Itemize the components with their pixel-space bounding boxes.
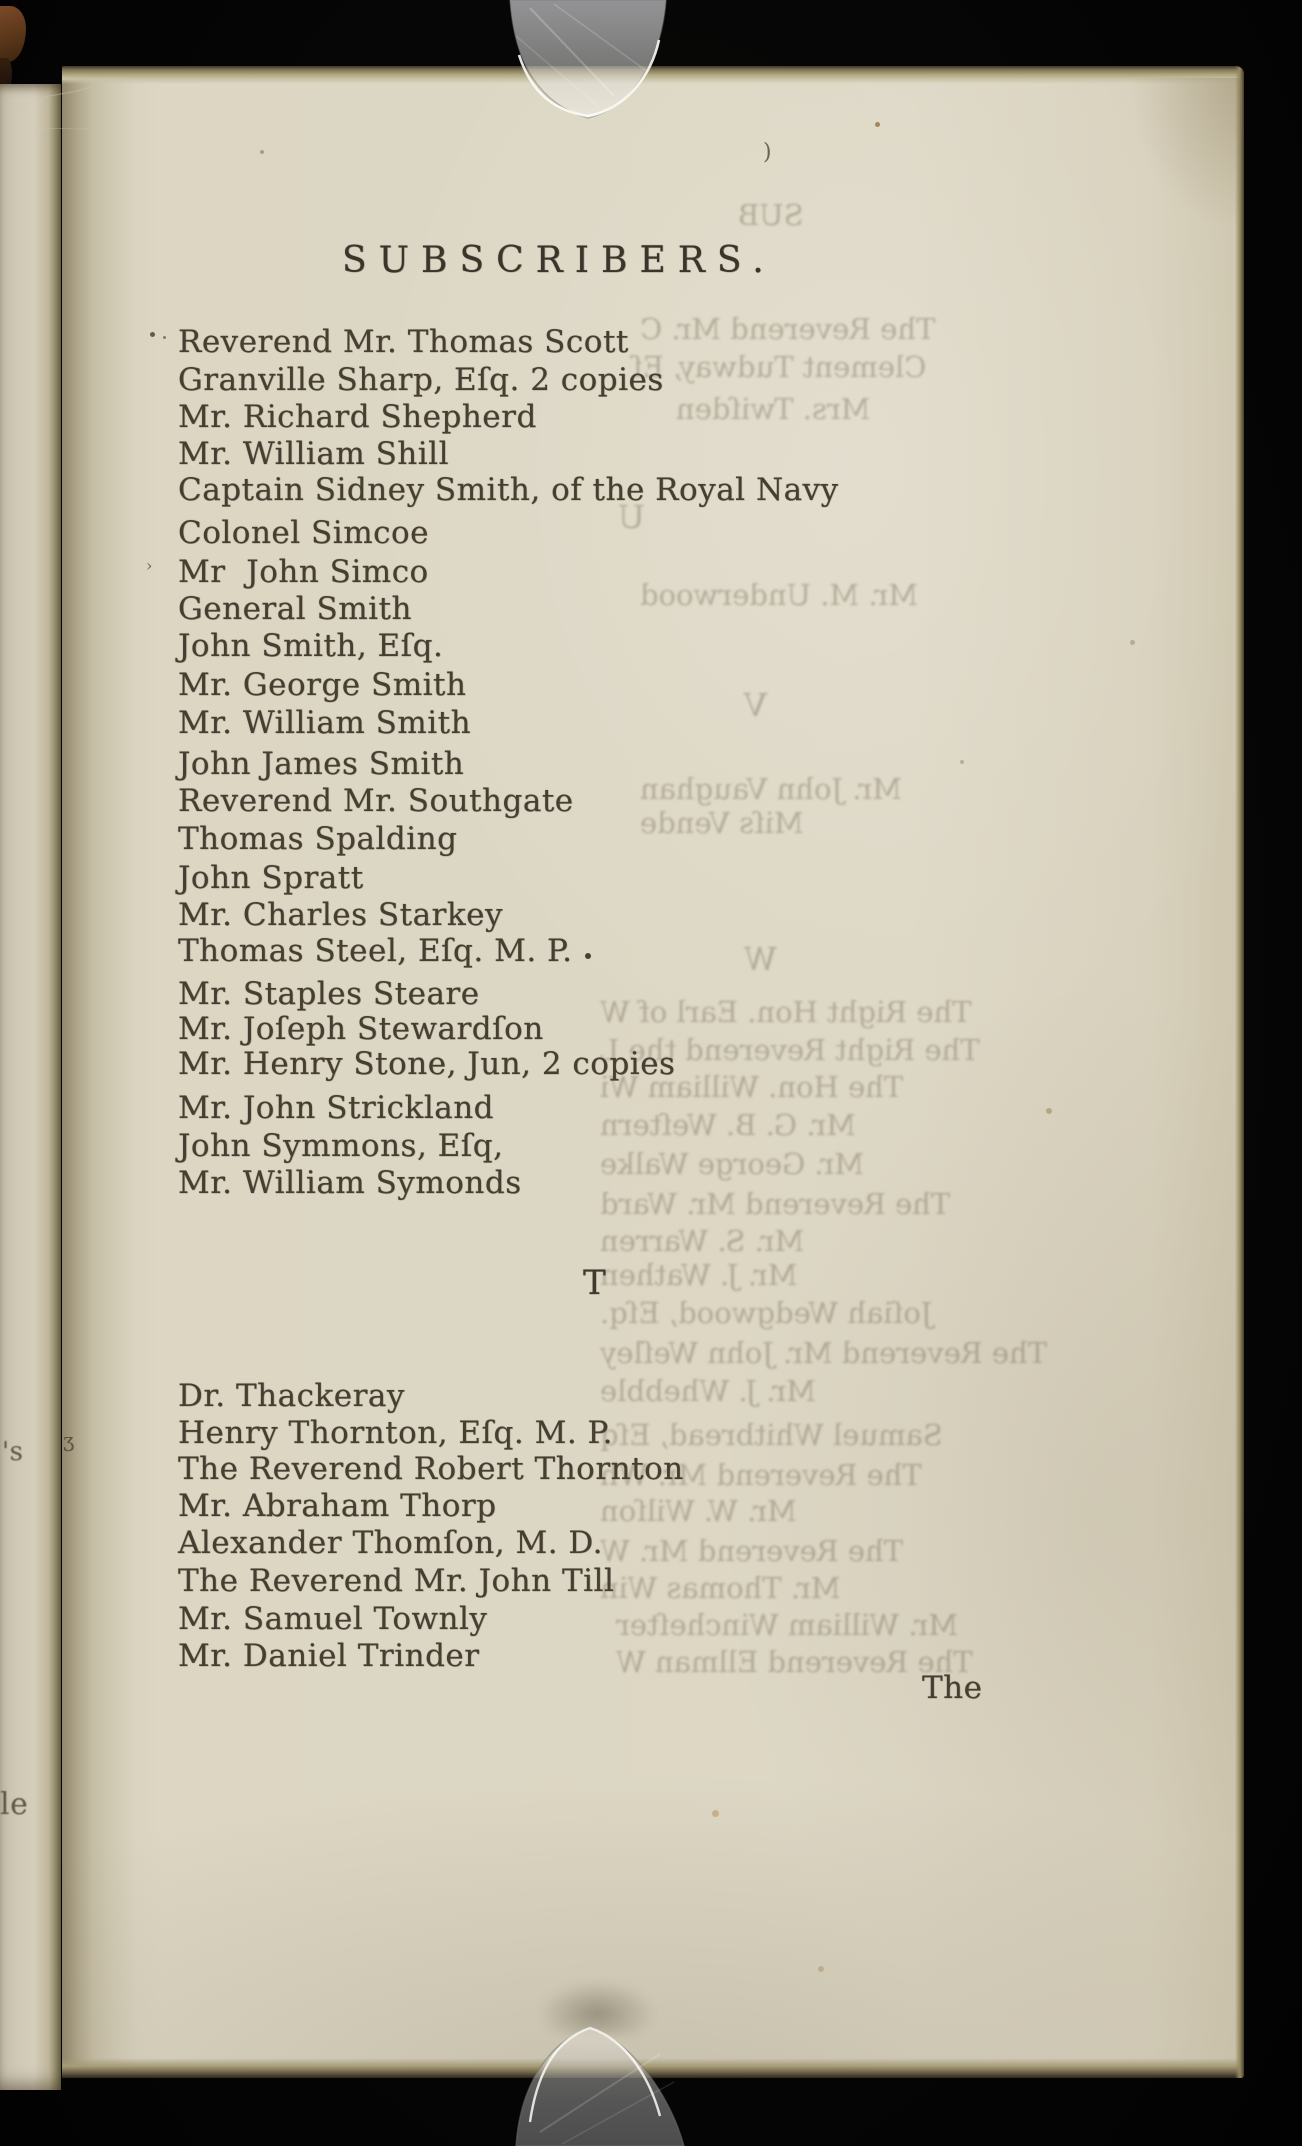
bottom-holding-strap <box>478 2010 710 2146</box>
subscriber-entry: John Symmons, Eſq, <box>178 1129 503 1165</box>
subscriber-entry: Reverend Mr. Thomas Scott <box>178 325 629 361</box>
section-heading-t: T <box>583 1264 606 1303</box>
ghost-showthrough-text: The Reverend Ellman W <box>616 1645 973 1679</box>
ghost-showthrough-text: Mr. G. B. Weſtern <box>600 1108 856 1142</box>
subscriber-entry: John James Smith <box>178 747 464 783</box>
subscriber-entry: General Smith <box>178 592 412 628</box>
paper-speck <box>150 332 155 337</box>
paper-speck <box>875 122 880 127</box>
ghost-showthrough-text: The Reverend Mr. C <box>640 312 935 346</box>
subscriber-entry: Thomas Steel, Eſq. M. P. <box>178 934 573 970</box>
subscriber-entry: Mr John Simco <box>178 555 429 591</box>
ink-mark: ʒ <box>63 1428 74 1452</box>
paper-speck <box>163 336 166 339</box>
page-title: SUBSCRIBERS. <box>342 240 776 281</box>
paper-speck <box>818 1966 824 1972</box>
ghost-showthrough-text: Mr. W. Wilſon <box>600 1494 797 1528</box>
book-scan-stage: SUBSCRIBERS. Reverend Mr. Thomas ScottGr… <box>0 0 1302 2146</box>
ghost-showthrough-text: Samuel Whitbread, Eſq <box>600 1418 943 1452</box>
subscriber-entry: Reverend Mr. Southgate <box>178 784 574 820</box>
subscriber-entry: Mr. William Symonds <box>178 1166 522 1202</box>
ghost-showthrough-text: Mr. John Vaughan <box>640 772 902 806</box>
ghost-showthrough-text: Mr. George Walke <box>600 1147 864 1181</box>
ghost-showthrough-text: Mr. M. Underwood <box>640 578 918 612</box>
edge-text-fragment: 's <box>2 1438 24 1468</box>
subscriber-entry: Henry Thornton, Eſq. M. P. <box>178 1416 613 1452</box>
subscriber-entry: The Reverend Mr. John Till <box>178 1564 614 1600</box>
subscriber-entry: Mr. Daniel Trinder <box>178 1639 480 1675</box>
ghost-showthrough-text: V <box>744 686 767 724</box>
ghost-showthrough-text: Mr. S. Warren <box>600 1224 804 1258</box>
catchword: The <box>922 1671 983 1707</box>
subscriber-entry: Mr. Charles Starkey <box>178 898 503 934</box>
ghost-showthrough-text: Joſiah Wedgwood, Eſq. <box>600 1296 932 1330</box>
subscriber-entry: Mr. George Smith <box>178 668 466 704</box>
subscriber-entry: John Spratt <box>178 861 364 897</box>
paper-speck <box>712 1810 719 1817</box>
spine-leather-patch <box>0 6 26 62</box>
ghost-showthrough-text: The Right Hon. Earl of W <box>600 995 972 1029</box>
subscriber-entry: Granville Sharp, Eſq. 2 copies <box>178 363 664 399</box>
ghost-showthrough-text: Mr. William Wincheſter <box>616 1608 958 1642</box>
dust-fibers <box>14 66 144 156</box>
subscriber-entry: Mr. Henry Stone, Jun, 2 copies <box>178 1047 675 1083</box>
ghost-showthrough-text: Miſs Vende <box>640 806 804 840</box>
top-holding-strap <box>488 0 688 150</box>
paper-speck <box>960 760 964 764</box>
ink-mark: ) <box>763 140 772 165</box>
subscriber-entry: Mr. Abraham Thorp <box>178 1489 497 1525</box>
subscriber-entry: Mr. Staples Steare <box>178 977 480 1013</box>
subscriber-entry: Mr. John Strickland <box>178 1091 494 1127</box>
subscriber-entry: John Smith, Eſq. <box>178 629 443 665</box>
ghost-showthrough-text: Clement Tudway, Eſ <box>632 350 926 384</box>
subscriber-entry: Dr. Thackeray <box>178 1379 405 1415</box>
paper-speck <box>260 150 264 154</box>
paper-speck <box>585 953 591 959</box>
paper-speck <box>1130 640 1135 645</box>
ghost-showthrough-text: SUB <box>738 198 804 232</box>
ghost-showthrough-text: Mr. J. Wathen <box>600 1258 797 1292</box>
ghost-showthrough-text: Mrs. Twiſden <box>676 392 870 426</box>
gutter-shadow <box>62 66 136 2078</box>
subscriber-entry: Mr. William Smith <box>178 706 471 742</box>
subscriber-entry: Colonel Simcoe <box>178 516 429 552</box>
ghost-showthrough-text: Mr. J. Whebble <box>600 1374 816 1408</box>
ghost-showthrough-text: The Reverend Mr. W <box>600 1534 903 1568</box>
subscriber-entry: The Reverend Robert Thornton <box>178 1452 684 1488</box>
page-corner-curl <box>1124 78 1242 236</box>
paper-speck <box>1046 1108 1052 1114</box>
ghost-showthrough-text: The Reverend Mr. Ward <box>600 1187 950 1221</box>
subscriber-entry: Mr. William Shill <box>178 437 449 473</box>
subscriber-entry: Mr. Richard Shepherd <box>178 400 537 436</box>
subscriber-entry: Alexander Thomſon, M. D. <box>178 1526 603 1562</box>
subscriber-entry: Mr. Joſeph Stewardſon <box>178 1012 544 1048</box>
subscriber-entry: Mr. Samuel Townly <box>178 1602 487 1638</box>
ghost-showthrough-text: Mr. Thomas Win <box>600 1571 840 1605</box>
ink-mark: › <box>146 556 152 575</box>
edge-text-fragment: le <box>0 1788 28 1823</box>
ghost-showthrough-text: The Reverend Mr. John Weſley <box>600 1336 1047 1370</box>
ghost-showthrough-text: W <box>744 940 777 978</box>
subscriber-entry: Captain Sidney Smith, of the Royal Navy <box>178 473 839 509</box>
page-right-edge <box>1235 66 1244 2078</box>
subscriber-entry: Thomas Spalding <box>178 822 458 858</box>
